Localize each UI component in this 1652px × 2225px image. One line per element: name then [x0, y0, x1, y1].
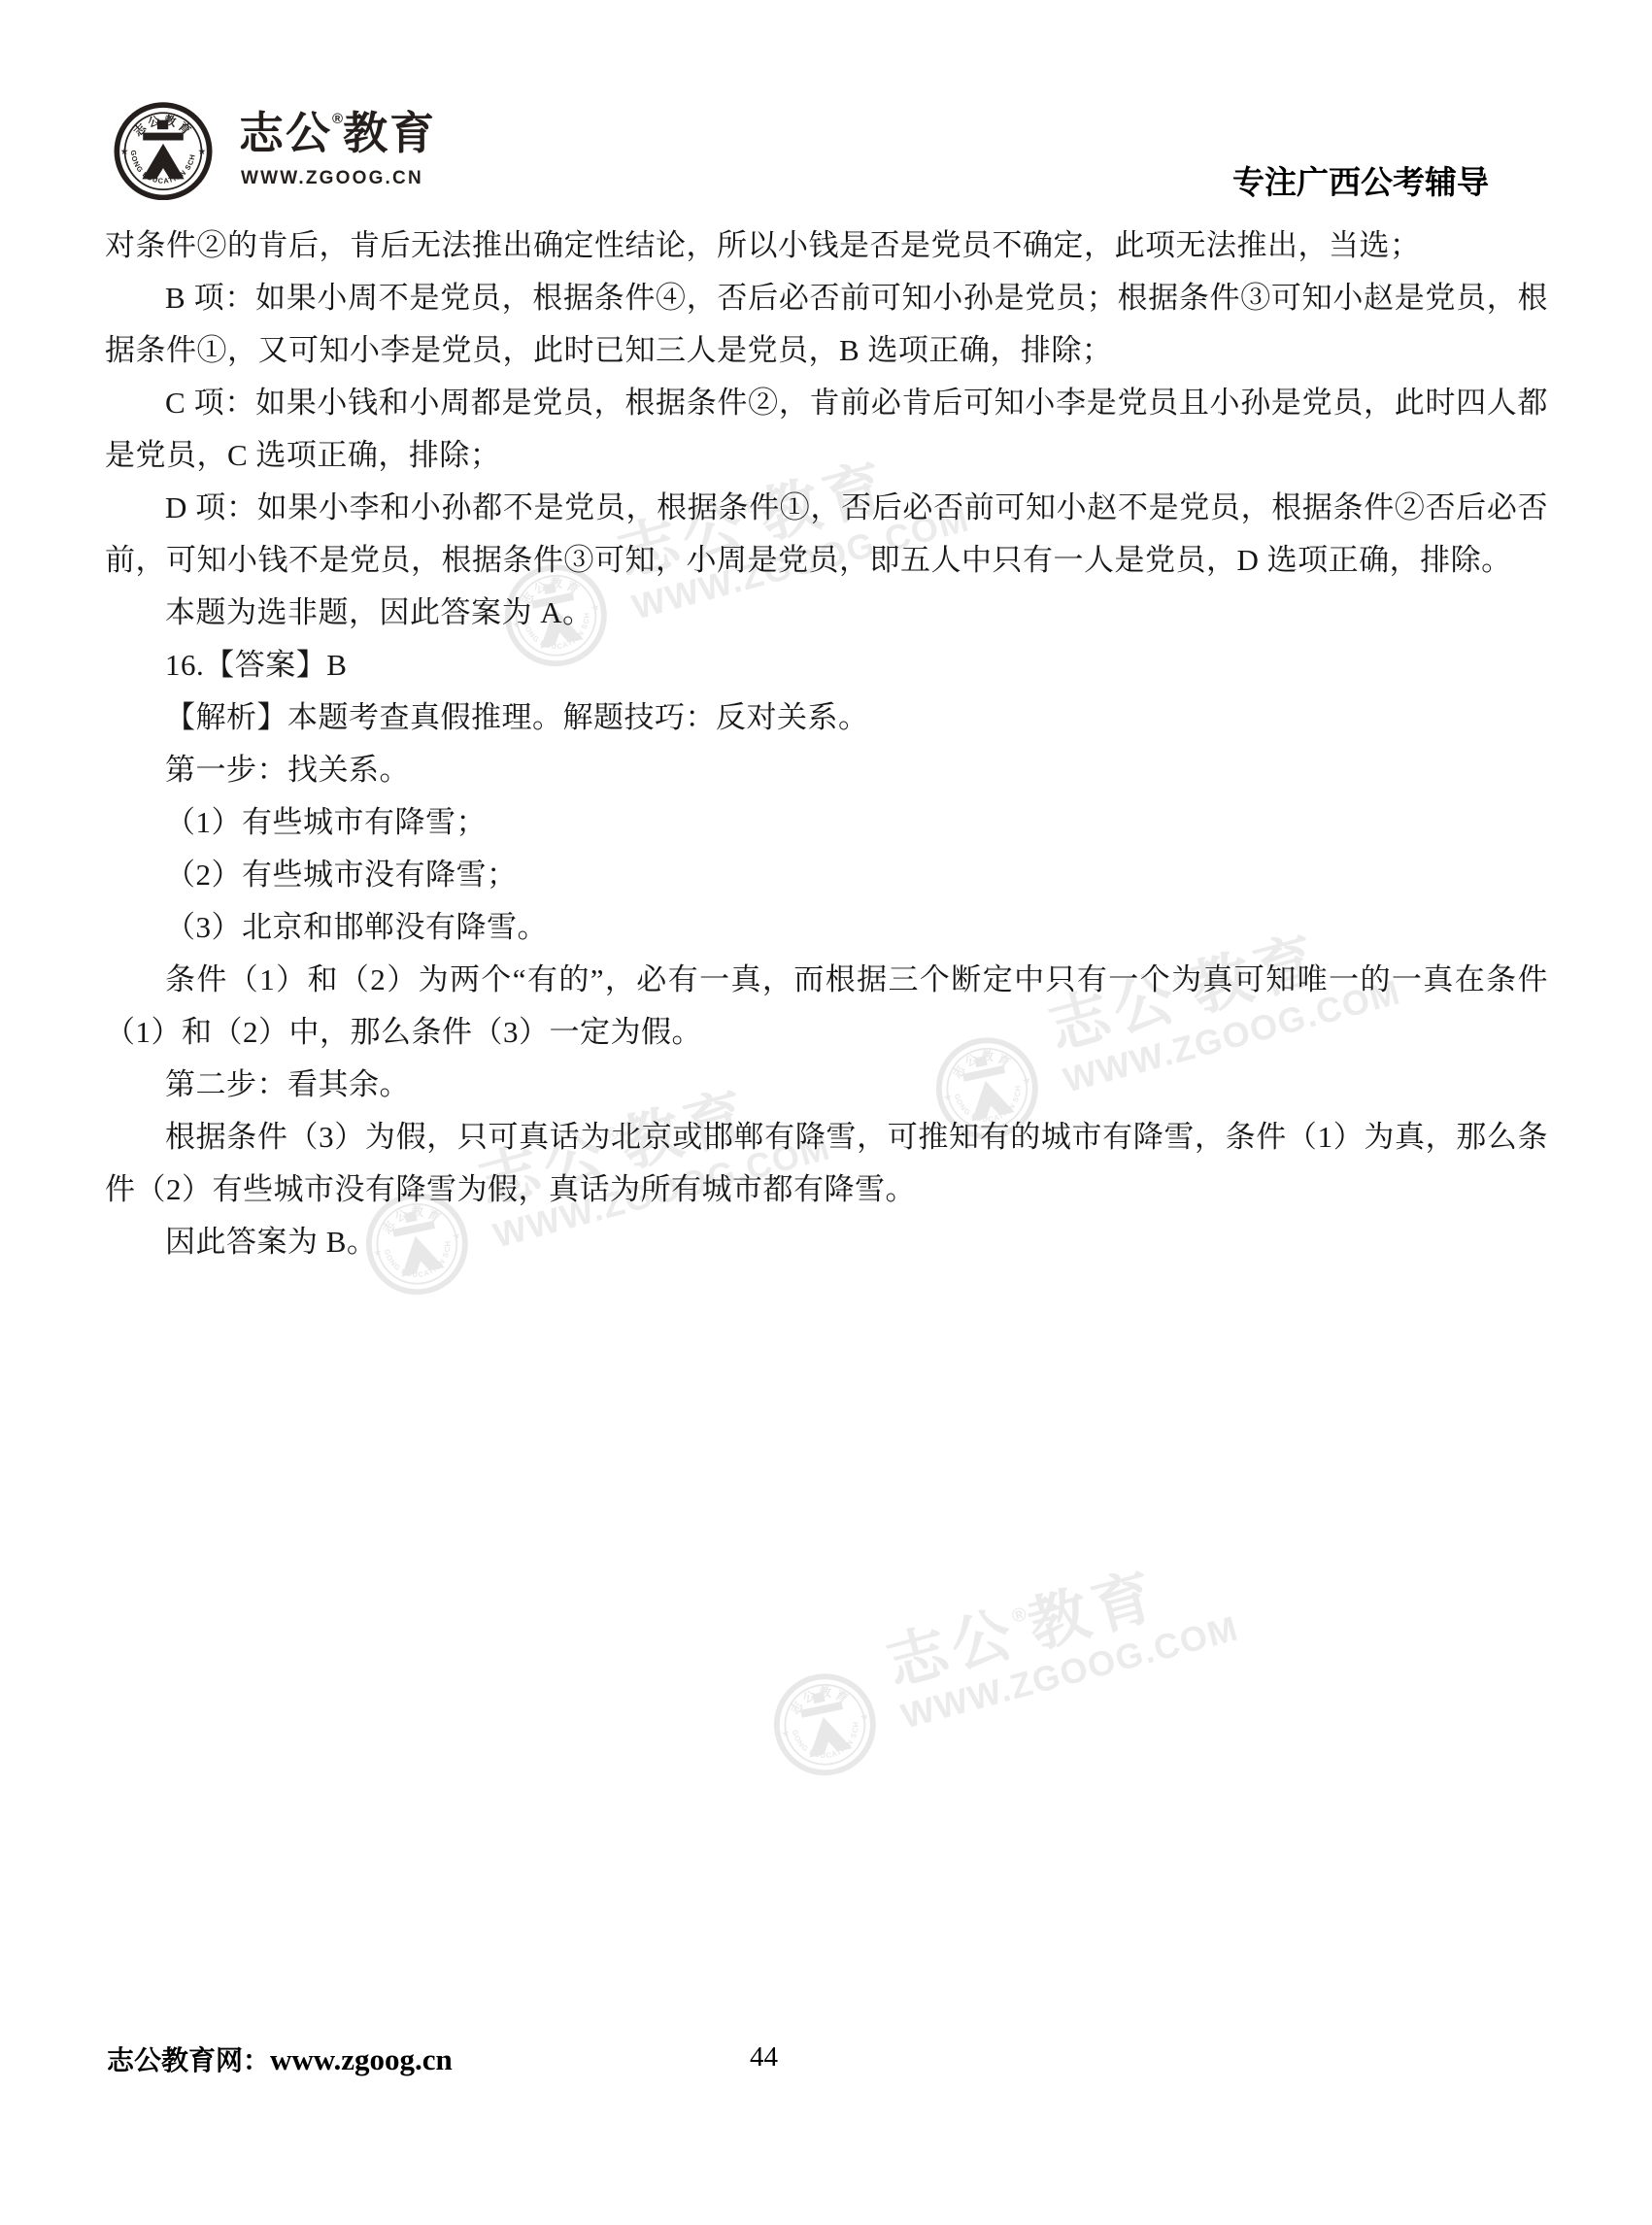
- svg-text:★: ★: [781, 1728, 792, 1740]
- paragraph: 第一步：找关系。: [105, 744, 1548, 796]
- watermark-seal-icon: 志公教育 ZHIGONG EDUCATION SCHOOL ★ ★: [762, 1661, 887, 1785]
- paragraph: 16.【答案】B: [105, 639, 1548, 691]
- footer-site: 志公教育网：www.zgoog.cn: [107, 2040, 453, 2078]
- watermark-url: WWW.ZGOOG.COM: [897, 1610, 1242, 1734]
- document-page: 志公教育 ZHIGONG EDUCATION SCHOOL ★ ★ 志公®教育 …: [0, 0, 1652, 2225]
- paragraph: 第二步：看其余。: [105, 1059, 1548, 1111]
- paragraph: B 项：如果小周不是党员，根据条件④，否后必否前可知小孙是党员；根据条件③可知小…: [105, 272, 1548, 377]
- brand-name-right: 教育: [343, 108, 436, 158]
- document-body: 对条件②的肯后，肯后无法推出确定性结论，所以小钱是否是党员不确定，此项无法推出，…: [105, 219, 1548, 1268]
- svg-text:志公教育: 志公教育: [784, 1678, 856, 1719]
- watermark-brand: 志公®教育: [881, 1547, 1231, 1695]
- footer-site-url: www.zgoog.cn: [270, 2042, 453, 2076]
- paragraph: （1）有些城市有降雪；: [105, 796, 1548, 849]
- brand-name-left: 志公: [239, 108, 332, 158]
- paragraph: 根据条件（3）为假，只可真话为北京或邯郸有降雪，可推知有的城市有降雪，条件（1）…: [105, 1111, 1548, 1216]
- paragraph: 【解析】本题考查真假推理。解题技巧：反对关系。: [105, 691, 1548, 744]
- header-tagline: 专注广西公考辅导: [1232, 157, 1489, 203]
- paragraph: 本题为选非题，因此答案为 A。: [105, 587, 1548, 639]
- brand-seal-icon: 志公教育 ZHIGONG EDUCATION SCHOOL ★ ★: [113, 99, 214, 200]
- paragraph: C 项：如果小钱和小周都是党员，根据条件②，肯前必肯后可知小李是党员且小孙是党员…: [105, 377, 1548, 482]
- page-number: 44: [750, 2041, 778, 2073]
- paragraph: 条件（1）和（2）为两个“有的”，必有一真，而根据三个断定中只有一个为真可知唯一…: [105, 954, 1548, 1059]
- brand-name: 志公®教育: [239, 109, 436, 158]
- paragraph: 对条件②的肯后，肯后无法推出确定性结论，所以小钱是否是党员不确定，此项无法推出，…: [105, 219, 1548, 272]
- svg-text:★: ★: [860, 1711, 870, 1724]
- svg-text:★: ★: [198, 147, 207, 157]
- paragraph: （3）北京和邯郸没有降雪。: [105, 901, 1548, 954]
- paragraph: 因此答案为 B。: [105, 1216, 1548, 1268]
- svg-text:★: ★: [120, 147, 129, 157]
- registered-mark: ®: [332, 111, 343, 127]
- paragraph: （2）有些城市没有降雪；: [105, 849, 1548, 901]
- paragraph: D 项：如果小李和小孙都不是党员，根据条件①，否后必否前可知小赵不是党员，根据条…: [105, 482, 1548, 587]
- brand-site-url: WWW.ZGOOG.CN: [241, 168, 423, 189]
- footer-site-label: 志公教育网：: [107, 2046, 270, 2076]
- watermark: 志公教育 ZHIGONG EDUCATION SCHOOL ★ ★ 志公®教育 …: [772, 1602, 1180, 1826]
- svg-text:ZHIGONG EDUCATION SCHOOL: ZHIGONG EDUCATION SCHOOL: [762, 1661, 866, 1770]
